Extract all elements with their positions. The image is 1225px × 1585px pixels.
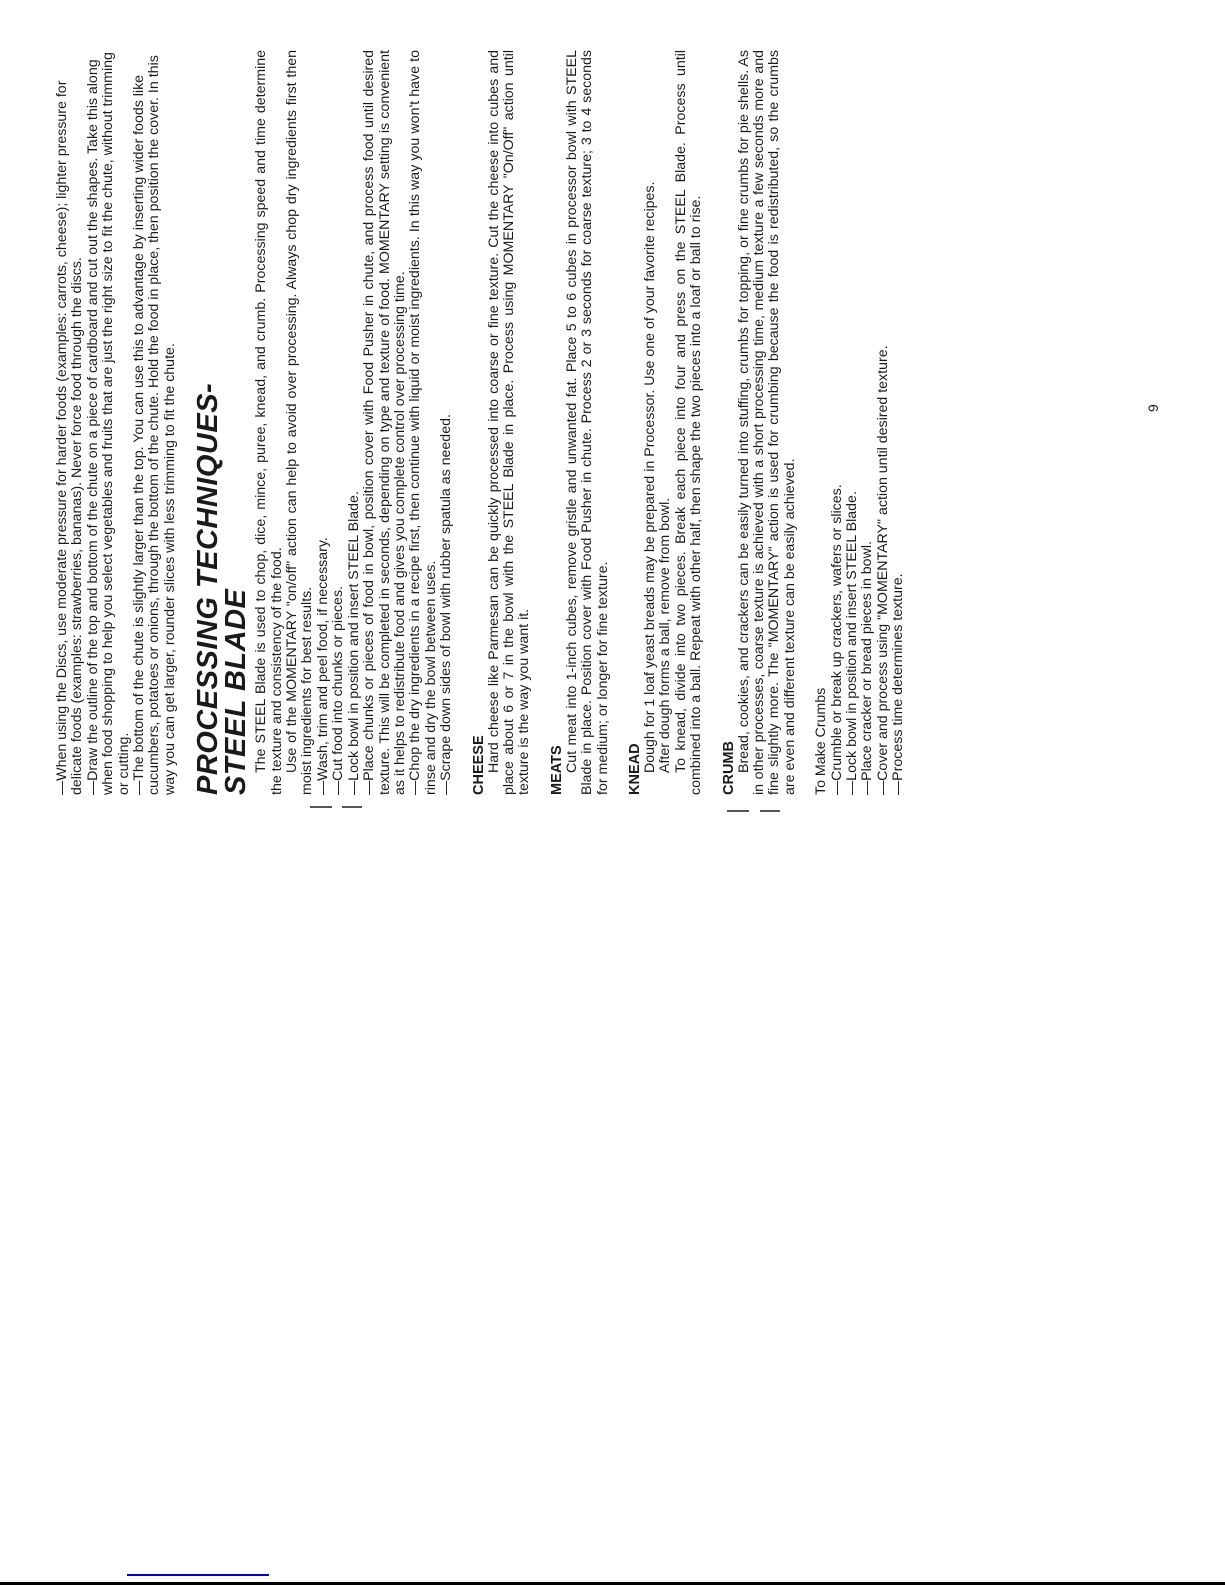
step: —Cut food into chunks or pieces. bbox=[331, 50, 346, 795]
scan-edge-bar bbox=[127, 1574, 269, 1576]
crumb-step: —Place cracker or bread pieces in bowl. bbox=[860, 50, 875, 795]
section-title-line1: PROCESSING TECHNIQUES- bbox=[194, 50, 222, 795]
step: —Place chunks or pieces of food in bowl,… bbox=[362, 50, 408, 795]
step: —Chop the dry ingredients in a recipe fi… bbox=[408, 50, 439, 795]
crumb-step: —Lock bowl in position and insert STEEL … bbox=[845, 50, 860, 795]
meats-text: Cut meat into 1-inch cubes, remove grist… bbox=[565, 50, 611, 795]
tip-chute-outline: —Draw the outline of the top and bottom … bbox=[86, 50, 132, 795]
meats-heading: MEATS bbox=[549, 50, 565, 795]
crumb-section: CRUMB Bread, cookies, and crackers can b… bbox=[721, 50, 907, 795]
page-content: —When using the Discs, use moderate pres… bbox=[55, 50, 907, 795]
crumb-step: —Process time determines texture. bbox=[891, 50, 906, 795]
scan-mark bbox=[760, 810, 780, 812]
knead-heading: KNEAD bbox=[627, 50, 643, 795]
cheese-text: Hard cheese like Parmesan can be quickly… bbox=[487, 50, 533, 795]
step: —Lock bowl in position and insert STEEL … bbox=[347, 50, 362, 795]
crumb-heading: CRUMB bbox=[721, 50, 737, 795]
knead-text-3: To knead, divide into two pieces. Break … bbox=[674, 50, 705, 795]
step: —Wash, trim and peel food, if necessary. bbox=[316, 50, 331, 795]
crumb-step: —Crumble or break up crackers, wafers or… bbox=[830, 50, 845, 795]
tip-disc-pressure: —When using the Discs, use moderate pres… bbox=[55, 50, 86, 795]
section-title-line2: STEEL BLADE bbox=[222, 50, 250, 795]
knead-text-2: After dough forms a ball, remove from bo… bbox=[658, 50, 673, 795]
momentary-note: Use of the MOMENTARY "on/off" action can… bbox=[285, 50, 316, 795]
steel-blade-intro: The STEEL Blade is used to chop, dice, m… bbox=[254, 50, 285, 795]
scan-mark bbox=[342, 806, 362, 808]
intro-tips: —When using the Discs, use moderate pres… bbox=[55, 50, 178, 795]
knead-text-1: Dough for 1 loaf yeast breads may be pre… bbox=[643, 50, 658, 795]
crumb-step: —Cover and process using "MOMENTARY" act… bbox=[876, 50, 891, 795]
step: —Scrape down sides of bowl with rubber s… bbox=[439, 50, 454, 795]
steel-blade-section: The STEEL Blade is used to chop, dice, m… bbox=[254, 50, 454, 795]
crumb-subheading: To Make Crumbs bbox=[814, 50, 829, 795]
cheese-section: CHEESE Hard cheese like Parmesan can be … bbox=[471, 50, 533, 795]
knead-section: KNEAD Dough for 1 loaf yeast breads may … bbox=[627, 50, 705, 795]
rotated-page: —When using the Discs, use moderate pres… bbox=[55, 50, 1180, 795]
page-number: 9 bbox=[1145, 392, 1165, 412]
meats-section: MEATS Cut meat into 1-inch cubes, remove… bbox=[549, 50, 611, 795]
scan-mark bbox=[727, 810, 749, 812]
cheese-heading: CHEESE bbox=[471, 50, 487, 795]
section-title: PROCESSING TECHNIQUES- STEEL BLADE bbox=[194, 50, 250, 795]
scan-mark bbox=[310, 806, 332, 808]
tip-chute-bottom: —The bottom of the chute is slightly lar… bbox=[132, 50, 178, 795]
crumb-text: Bread, cookies, and crackers can be easi… bbox=[737, 50, 799, 795]
